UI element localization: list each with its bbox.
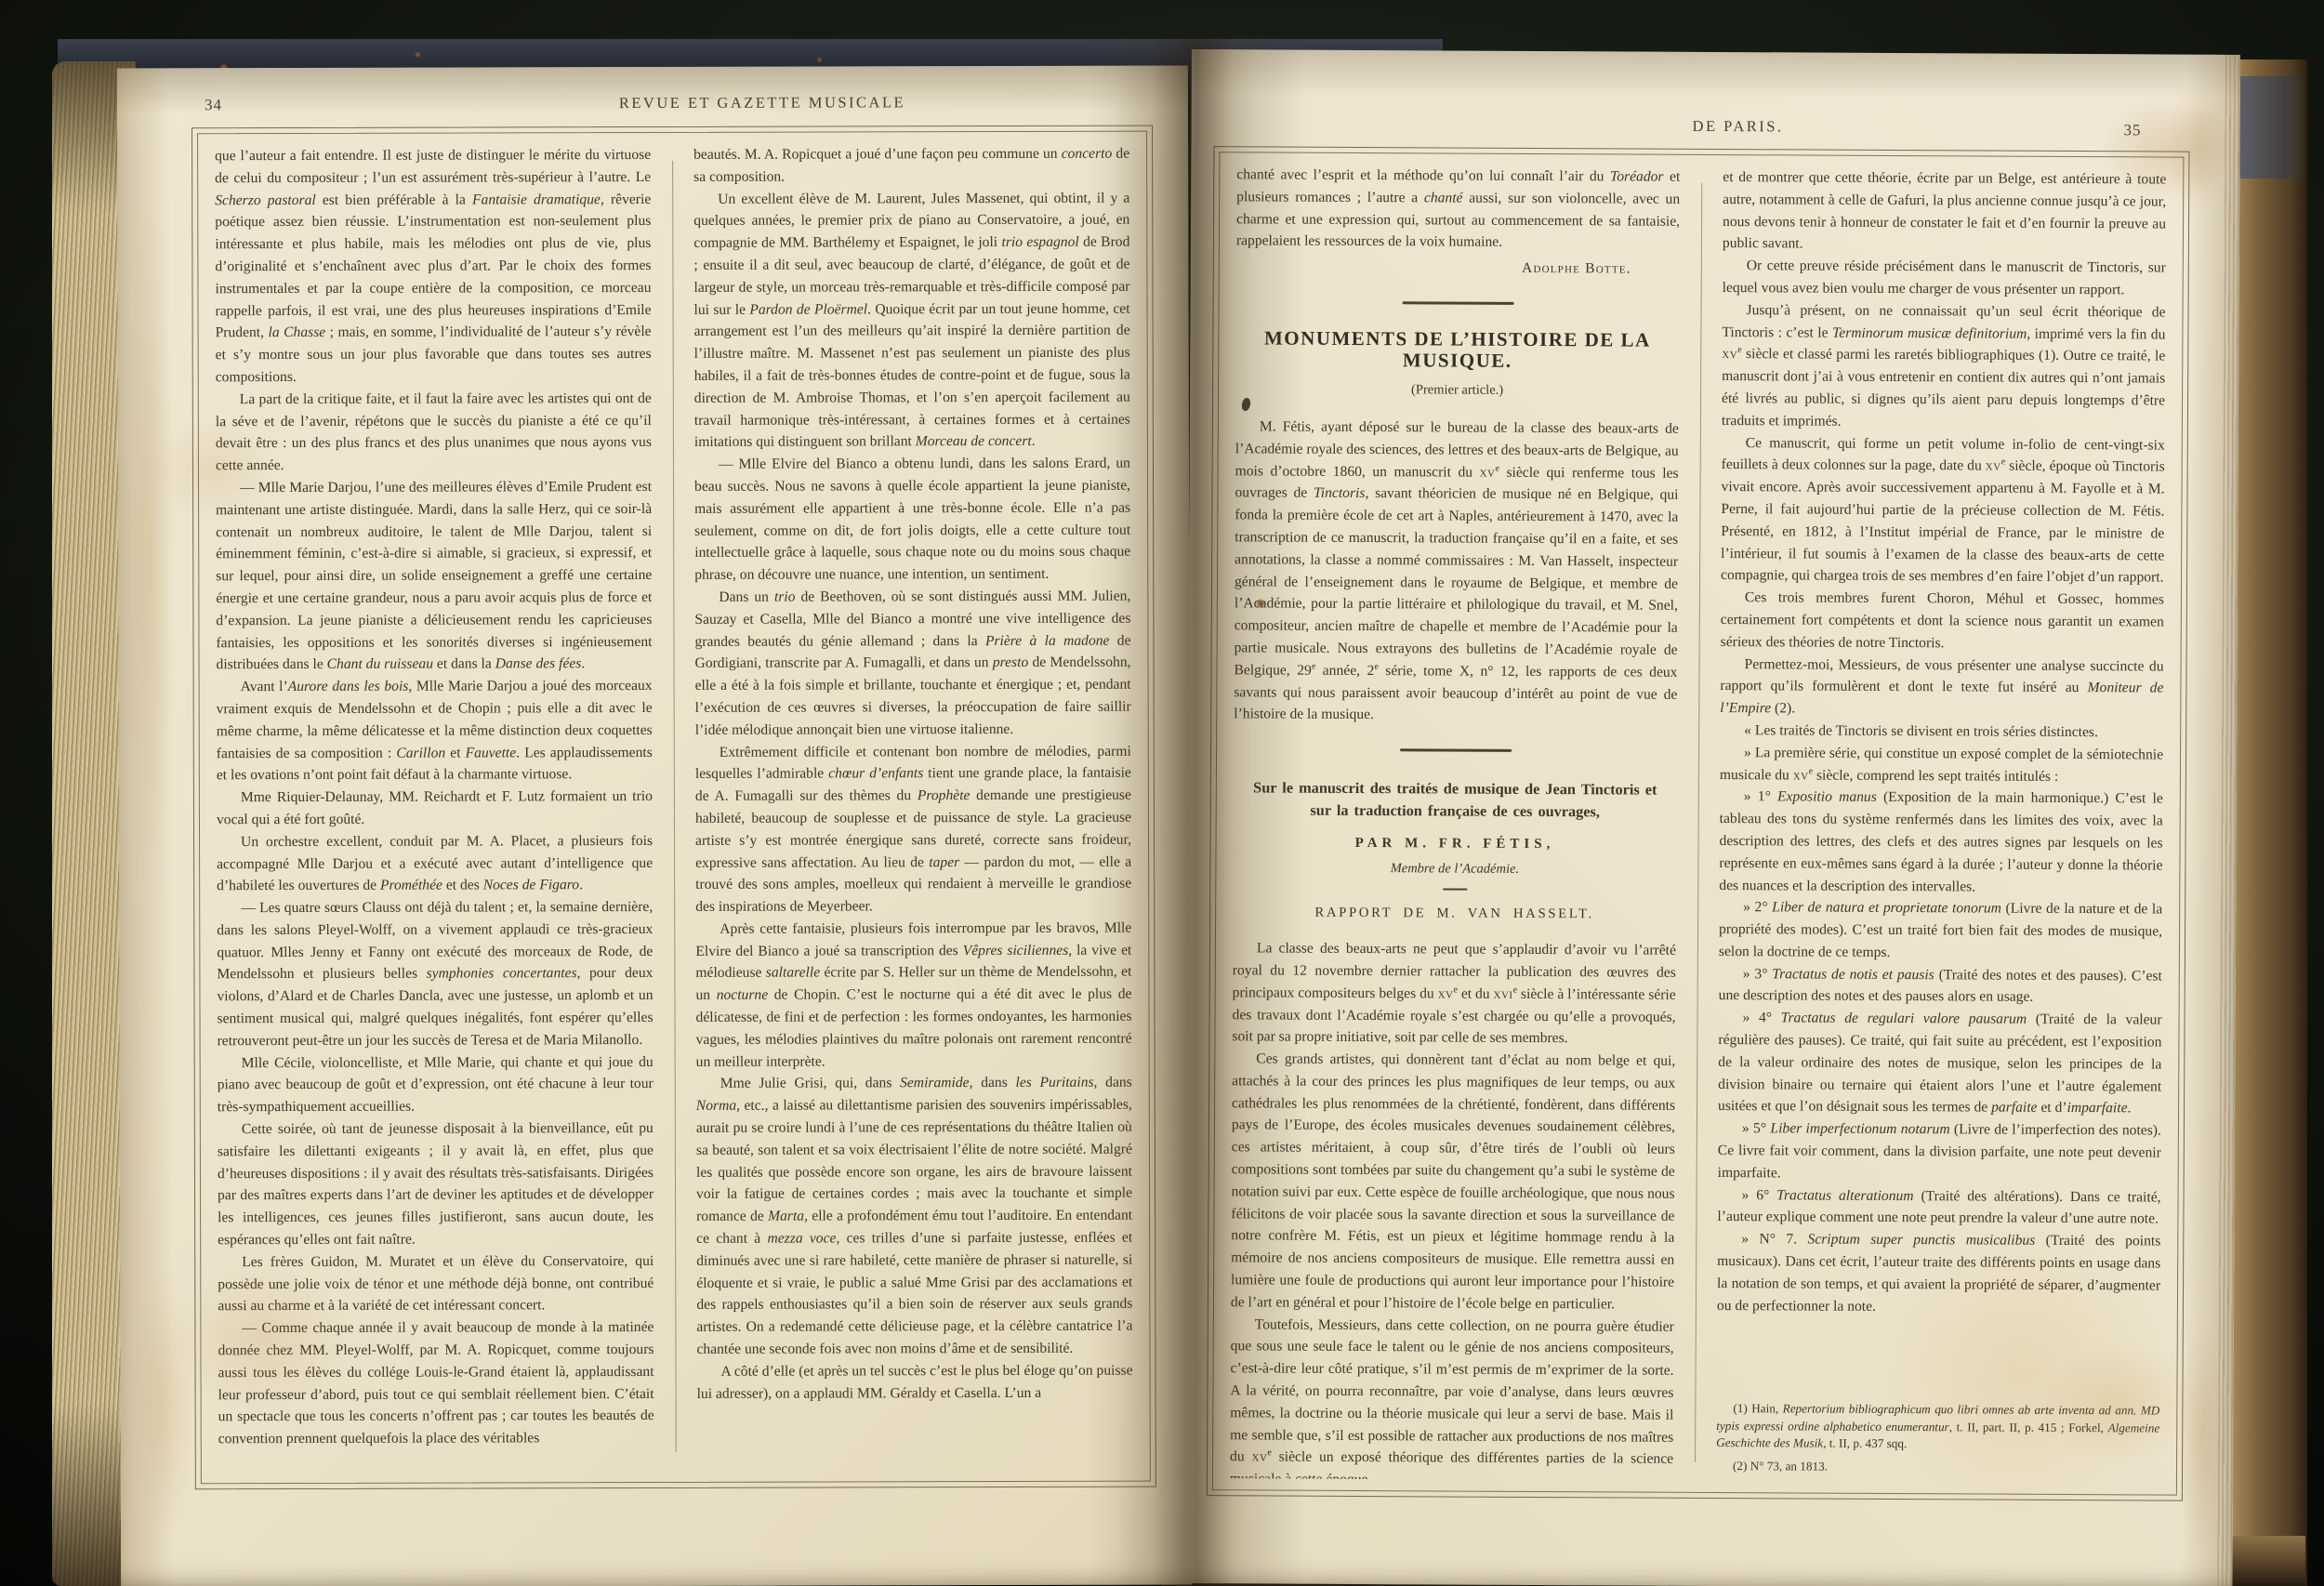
report-heading: RAPPORT DE M. VAN HASSELT. <box>1233 903 1676 927</box>
paragraph: Les frères Guidon, M. Muratet et un élèv… <box>218 1250 654 1318</box>
paragraph: Mme Riquier-Delaunay, MM. Reichardt et F… <box>217 786 653 831</box>
paragraph: Mlle Cécile, violoncelliste, et Mlle Mar… <box>218 1051 654 1119</box>
paragraph: beautés. M. A. Ropicquet a joué d’une fa… <box>693 143 1129 189</box>
paragraph: Un orchestre excellent, conduit par M. A… <box>217 830 653 898</box>
page-frame-left: que l’auteur a fait entendre. Il est jus… <box>191 126 1156 1490</box>
paragraph: » N° 7. Scriptum super punctis musicalib… <box>1717 1228 2160 1319</box>
paragraph: Ces trois membres furent Choron, Méhul e… <box>1721 587 2164 655</box>
memoir-byline-role: Membre de l’Académie. <box>1233 857 1676 881</box>
memoir-heading: Sur le manuscrit des traités de musique … <box>1243 776 1668 823</box>
paragraph: Permettez-moi, Messieurs, de vous présen… <box>1720 654 2163 722</box>
paragraph: — Mlle Elvire del Bianco a obtenu lundi,… <box>694 453 1130 587</box>
paragraph: « Les traités de Tinctoris se divisent e… <box>1720 720 2163 744</box>
paragraph: Extrêmement difficile et contenant bon n… <box>695 740 1131 919</box>
paragraph: Or cette preuve réside précisément dans … <box>1723 255 2166 301</box>
text-column-left-1: que l’auteur a fait entendre. Il est jus… <box>215 144 654 1472</box>
running-title-left: REVUE ET GAZETTE MUSICALE <box>279 92 1246 113</box>
paragraph: Dans un trio de Beethoven, où se sont di… <box>694 586 1130 742</box>
article-subtitle: (Premier article.) <box>1235 378 1679 403</box>
paragraph: et de montrer que cette théorie, écrite … <box>1723 166 2166 258</box>
paragraph: Ces grands artistes, qui donnèrent tant … <box>1231 1048 1675 1315</box>
paragraph: Avant l’Aurore dans les bois, Mlle Marie… <box>217 675 653 786</box>
section-divider <box>1402 301 1513 304</box>
text-column-left-2: beautés. M. A. Ropicquet a joué d’une fa… <box>693 143 1133 1471</box>
foxing-spot <box>1256 599 1265 608</box>
paragraph: A côté d’elle (et après un tel succès c’… <box>697 1359 1133 1405</box>
journal-page-left: 34 REVUE ET GAZETTE MUSICALE que l’auteu… <box>117 65 1192 1586</box>
report-body-continued: et de montrer que cette théorie, écrite … <box>1717 166 2166 1319</box>
text-columns-left: que l’auteur a fait entendre. Il est jus… <box>215 143 1133 1473</box>
paragraph: que l’auteur a fait entendre. Il est jus… <box>215 144 652 389</box>
paragraph: Jusqu’à présent, on ne connaissait qu’un… <box>1722 299 2166 434</box>
paragraph: M. Fétis, ayant déposé sur le bureau de … <box>1234 416 1679 728</box>
book-photo: 34 REVUE ET GAZETTE MUSICALE que l’auteu… <box>0 0 2324 1586</box>
paragraph: La part de la critique faite, et il faut… <box>216 388 652 477</box>
footnotes: (1) Hain, Repertorium bibliographicum qu… <box>1716 1385 2160 1484</box>
paragraph: » 3° Tractatus de notis et pausis (Trait… <box>1719 963 2162 1010</box>
section-divider <box>1400 748 1512 751</box>
page-number-right: 35 <box>2124 121 2142 139</box>
paragraph: Après cette fantaisie, plusieurs fois in… <box>695 918 1131 1074</box>
paragraph: » 4° Tractatus de regulari valore pausar… <box>1718 1007 2162 1119</box>
paragraph: (1) Hain, Repertorium bibliographicum qu… <box>1716 1400 2159 1455</box>
paragraph: » 5° Liber imperfectionum notarum (Livre… <box>1718 1117 2161 1186</box>
column-divider-right <box>1695 183 1702 1462</box>
page-number-left: 34 <box>205 96 222 114</box>
memoir-byline: PAR M. FR. FÉTIS, <box>1233 832 1676 856</box>
paragraph: Ce manuscrit, qui forme un petit volume … <box>1721 432 2165 589</box>
text-columns-right: chanté avec l’esprit et la méthode qu’on… <box>1230 164 2166 1483</box>
paragraph: Mme Julie Grisi, qui, dans Semiramide, d… <box>696 1072 1133 1361</box>
paragraph: chanté avec l’esprit et la méthode qu’on… <box>1236 164 1680 255</box>
text-column-right-1: chanté avec l’esprit et la méthode qu’on… <box>1230 164 1680 1480</box>
article-intro: M. Fétis, ayant déposé sur le bureau de … <box>1234 416 1679 728</box>
book-board-edge <box>2229 59 2307 1586</box>
small-divider <box>1443 889 1467 891</box>
paragraph: (2) N° 73, an 1813. <box>1716 1458 2159 1477</box>
column-divider-left <box>672 161 677 1452</box>
page-frame-right: chanté avec l’esprit et la méthode qu’on… <box>1207 146 2190 1500</box>
paragraph: — Comme chaque année il y avait beaucoup… <box>218 1316 654 1450</box>
journal-page-right: DE PARIS. 35 chanté avec l’esprit et la … <box>1183 49 2240 1586</box>
text-column-right-2: et de montrer que cette théorie, écrite … <box>1716 166 2166 1483</box>
paragraph: Cette soirée, où tant de jeunesse dispos… <box>218 1117 654 1251</box>
running-title-right: DE PARIS. <box>1253 114 2224 138</box>
paragraph: Un excellent élève de M. Laurent, Jules … <box>693 187 1130 454</box>
paragraph: » 1° Expositio manus (Exposition de la m… <box>1719 786 2163 898</box>
paragraph: — Mlle Marie Darjou, l’une des meilleure… <box>216 476 653 676</box>
paragraph: La classe des beaux-arts ne peut que s’a… <box>1232 937 1676 1050</box>
paragraph: » 6° Tractatus alterationum (Traité des … <box>1717 1184 2160 1231</box>
paragraph: » 2° Liber de natura et proprietate tono… <box>1719 896 2162 965</box>
report-body: La classe des beaux-arts ne peut que s’a… <box>1230 937 1676 1480</box>
paragraph: Toutefois, Messieurs, dans cette collect… <box>1230 1314 1674 1481</box>
paragraph: — Les quatre sœurs Clauss ont déjà du ta… <box>217 896 653 1052</box>
paragraph: » La première série, qui constitue un ex… <box>1720 742 2163 788</box>
article-continuation: chanté avec l’esprit et la méthode qu’on… <box>1236 164 1680 255</box>
article-title: MONUMENTS DE L’HISTOIRE DE LA MUSIQUE. <box>1235 327 1679 374</box>
article-signature: Adolphe Botte. <box>1236 256 1680 280</box>
